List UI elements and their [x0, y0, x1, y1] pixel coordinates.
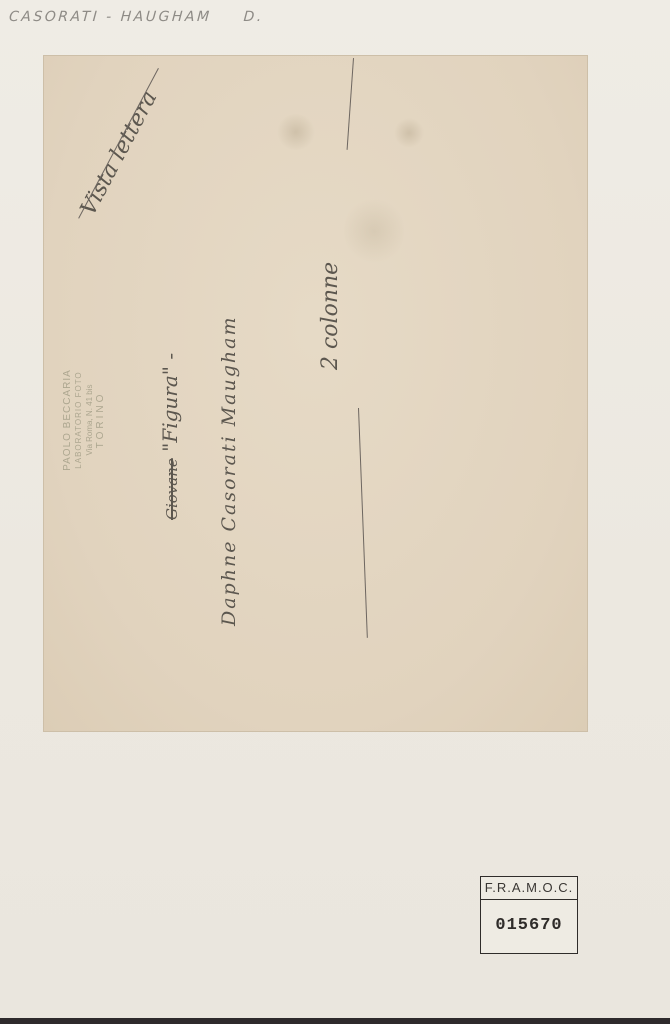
label-surname: CASORATI - HAUGHAM [8, 9, 212, 25]
stain [344, 196, 404, 266]
label-initial: D. [243, 9, 264, 25]
photographer-stamp: PAOLO BECCARIA LABORATORIO FOTO Via Roma… [62, 360, 106, 480]
mount-handwritten-label: CASORATI - HAUGHAMD. [8, 9, 264, 25]
struck-word: Giovane [163, 458, 181, 520]
handwriting-layout-note: 2 colonne [318, 262, 343, 370]
stamp-city: TORINO [95, 360, 106, 480]
stain [394, 118, 424, 148]
title-word: "Figura" - [158, 353, 182, 452]
archive-institution: F.R.A.M.O.C. [481, 877, 577, 900]
handwriting-title: Giovane "Figura" - [158, 353, 182, 520]
scan-edge [0, 1018, 670, 1024]
archive-number: 015670 [481, 900, 577, 952]
stamp-lab: LABORATORIO FOTO [73, 360, 84, 480]
stamp-address: Via Roma, N. 41 bis [84, 360, 95, 480]
handwriting-artist-name: Daphne Casorati Maugham [218, 316, 240, 626]
stamp-studio-name: PAOLO BECCARIA [62, 360, 73, 480]
stain [276, 114, 316, 150]
archive-stamp: F.R.A.M.O.C. 015670 [480, 876, 578, 954]
